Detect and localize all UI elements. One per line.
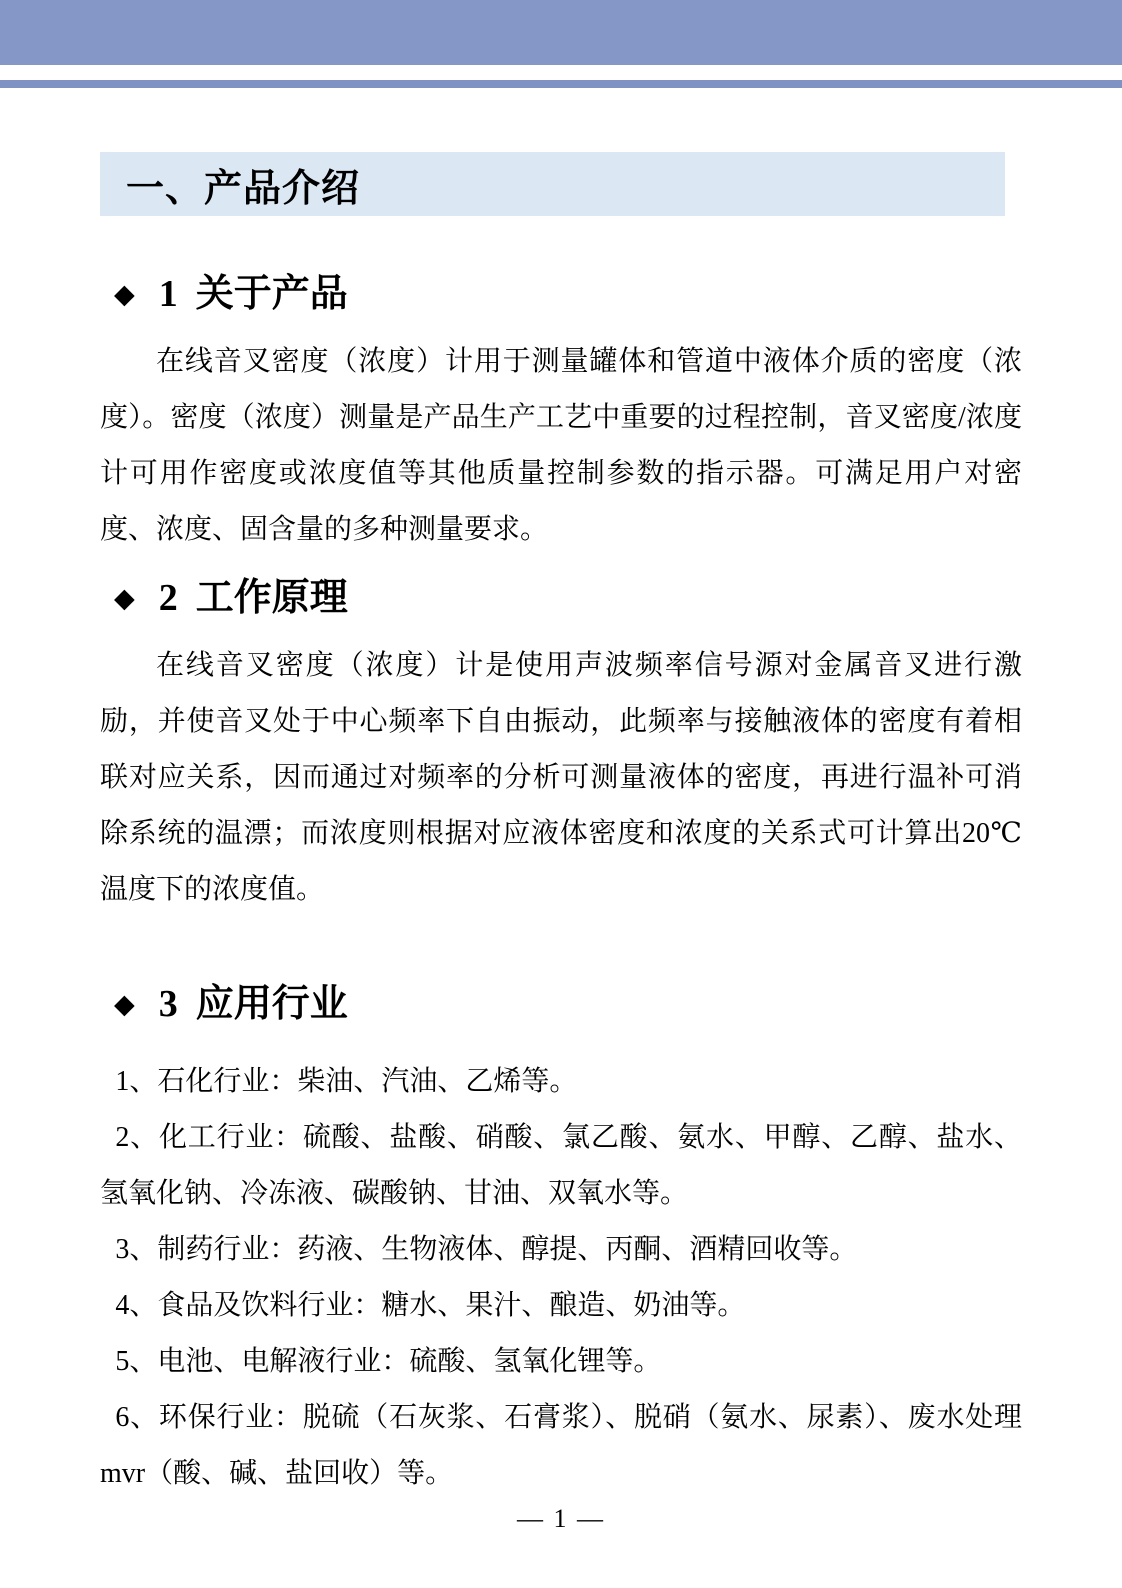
section-number: 1 [159,270,178,318]
document-body: 一、产品介绍 ◆ 1 关于产品 在线音叉密度（浓度）计用于测量罐体和管道中液体介… [0,152,1122,1502]
list-item-battery-electrolyte: 5、电池、电解液行业：硫酸、氢氧化锂等。 [100,1334,1022,1390]
section-title: 关于产品 [196,270,348,318]
application-industries-list: 1、石化行业：柴油、汽油、乙烯等。 2、化工行业：硫酸、盐酸、硝酸、氯乙酸、氨水… [100,1054,1022,1502]
header-band [0,0,1122,65]
list-item-environmental: 6、环保行业：脱硫（石灰浆、石膏浆）、脱硝（氨水、尿素）、废水处理mvr（酸、碱… [100,1390,1022,1502]
section-heading-about-product: ◆ 1 关于产品 [100,270,1022,318]
diamond-bullet-icon: ◆ [114,270,135,318]
chapter-title: 一、产品介绍 [126,157,360,212]
header-band-gap [0,65,1122,80]
chapter-title-bar: 一、产品介绍 [100,152,1005,216]
list-item-food-beverage: 4、食品及饮料行业：糖水、果汁、酿造、奶油等。 [100,1278,1022,1334]
list-item-pharmaceutical: 3、制药行业：药液、生物液体、醇提、丙酮、酒精回收等。 [100,1222,1022,1278]
paragraph-working-principle: 在线音叉密度（浓度）计是使用声波频率信号源对金属音叉进行激励，并使音叉处于中心频… [100,638,1022,918]
list-item-petrochemical: 1、石化行业：柴油、汽油、乙烯等。 [100,1054,1022,1110]
page-number: — 1 — [0,1504,1122,1534]
section-title: 应用行业 [196,980,348,1028]
section-title: 工作原理 [196,574,348,622]
section-heading-applications: ◆ 3 应用行业 [100,980,1022,1028]
section-number: 3 [159,980,178,1028]
header-rule [0,80,1122,88]
diamond-bullet-icon: ◆ [114,574,135,622]
section-heading-working-principle: ◆ 2 工作原理 [100,574,1022,622]
section-number: 2 [159,574,178,622]
diamond-bullet-icon: ◆ [114,980,135,1028]
list-item-chemical: 2、化工行业：硫酸、盐酸、硝酸、氯乙酸、氨水、甲醇、乙醇、盐水、氢氧化钠、冷冻液… [100,1110,1022,1222]
paragraph-about-product: 在线音叉密度（浓度）计用于测量罐体和管道中液体介质的密度（浓度）。密度（浓度）测… [100,334,1022,558]
